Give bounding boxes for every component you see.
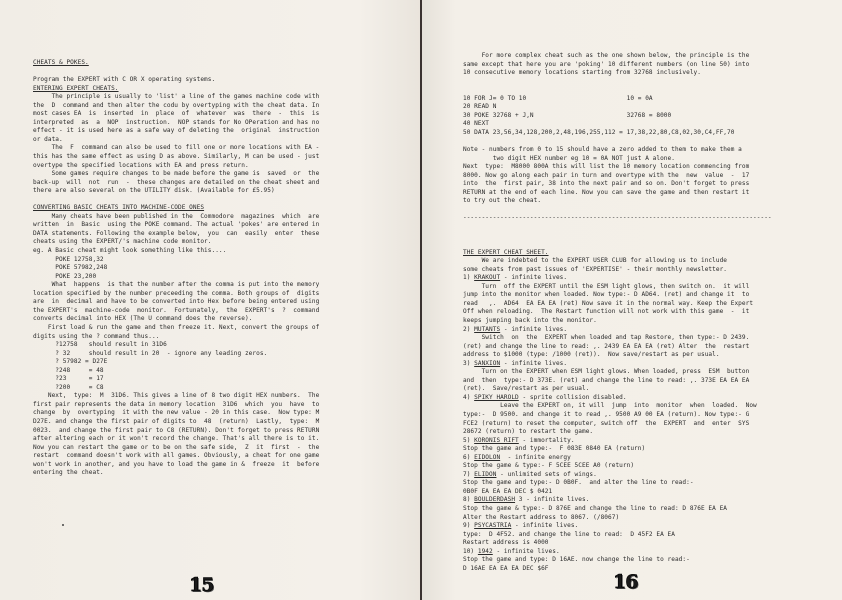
right-page-line [463, 78, 772, 87]
left-page-line: POKE 23,200 [33, 273, 319, 282]
game-title: BOULDERDASH [474, 496, 515, 503]
left-page-line: Now you can restart the game or to be on… [33, 444, 319, 453]
left-page-line: the D command and then alter the codu by… [33, 102, 319, 111]
left-page-line: Many cheats have been published in the C… [33, 213, 319, 222]
right-page-line: Leave the EXPERT on, it will jump into m… [463, 402, 772, 411]
right-page-line: 50 DATA 23,56,34,128,200,2,48,196,255,11… [463, 129, 772, 138]
right-page-line: 3) SANXION - infinite lives. [463, 360, 772, 369]
left-page-line: ?23 = 17 [33, 375, 319, 384]
left-page-line: won't work in another, and you have to l… [33, 461, 319, 470]
right-page-line: some cheats from past issues of 'EXPERTI… [463, 266, 772, 275]
right-page-line: 8) BOULDERDASH 3 - infinite lives. [463, 496, 772, 505]
right-page-line [463, 240, 772, 249]
left-page-line: The principle is usually to 'list' a lin… [33, 93, 319, 102]
right-page-line: 4) SPIKY HAROLD - sprite collision disab… [463, 394, 772, 403]
section-heading: ENTERING EXPERT CHEATS. [33, 85, 119, 92]
right-page-line: type:- D 9500. and change it to read ,. … [463, 411, 772, 420]
left-page-line: ? 57982 = D27E [33, 358, 319, 367]
left-page-line: first pair represents the data in memory… [33, 401, 319, 410]
left-page-line: 0023. and change the first pair to C8 (R… [33, 427, 319, 436]
right-page-line: type: D 4F52. and change the line to rea… [463, 531, 772, 540]
right-page-line: Note - numbers from 0 to 15 should have … [463, 146, 772, 155]
left-page-line: effect - it is used here as a safe way o… [33, 127, 319, 136]
left-page-line: D27E. and change the first pair of digit… [33, 418, 319, 427]
right-page-line: RETURN at the end of each line. Now you … [463, 189, 772, 198]
right-page-line: 9) PSYCASTRIA - infinite lives. [463, 522, 772, 531]
left-page-line: back-up will not run - these changes are… [33, 179, 319, 188]
game-title: EIDOLON [474, 454, 500, 461]
right-page-line: 10 FOR J= 0 TO 10 10 = 0A [463, 95, 772, 104]
left-page-line: ? 32 should result in 20 - ignore any le… [33, 350, 319, 359]
left-page-line: POKE 12758,32 [33, 256, 319, 265]
right-page-line [463, 231, 772, 240]
left-page-line: Some games require changes to be made be… [33, 170, 319, 179]
left-page-line: ?200 = C8 [33, 384, 319, 393]
right-page-line [463, 206, 772, 215]
left-page-line: written in Basic using the POKE command.… [33, 221, 319, 230]
left-page-line: What happens is that the number after th… [33, 281, 319, 290]
left-page-line: change by overtyping it with the new val… [33, 409, 319, 418]
right-page-line: 28672 (return) to restart the game. [463, 428, 772, 437]
left-page-line: DATA statements. Following the example b… [33, 230, 319, 239]
right-page-line: 0B0F EA EA EA DEC $ 0421 [463, 488, 772, 497]
right-page-line [463, 86, 772, 95]
right-page-line: two digit HEX number eg 10 = 0A NOT just… [463, 155, 772, 164]
right-page-line [463, 137, 772, 146]
left-page-line: ?12758 should result in 31D6 [33, 341, 319, 350]
right-page-line: Stop the game and type:- F 083E 0840 EA … [463, 445, 772, 454]
left-page-line: overtype the specified locations with EA… [33, 162, 319, 171]
right-page-line: keeps jumping back into the monitor. [463, 317, 772, 326]
page-number-right: 16 [613, 571, 637, 593]
right-page-line: 10) 1942 - infinite lives. [463, 548, 772, 557]
game-title: SPIKY HAROLD [474, 394, 519, 401]
right-page-line: 7) ELIDON - unlimited sets of wings. [463, 471, 772, 480]
right-page-line: into the first pair, 38 into the next pa… [463, 180, 772, 189]
left-page-line: entering the cheat. [33, 469, 319, 478]
right-page-line: 10 consecutive memory locations starting… [463, 69, 772, 78]
left-page-line: most cases EA is inserted in place of wh… [33, 110, 319, 119]
left-page-line: POKE 57982,248 [33, 264, 319, 273]
right-page-line: to try out the cheat. [463, 197, 772, 206]
left-page-line: are in decimal and have to be converted … [33, 298, 319, 307]
left-page-line [33, 68, 319, 77]
right-page-line: 1) KRAKOUT - infinite lives. [463, 274, 772, 283]
right-page-line: address to $1000 (type: /1000 (ret)). No… [463, 351, 772, 360]
right-page-line: THE EXPERT CHEAT SHEET. [463, 249, 772, 258]
section-heading: CHEATS & POKES. [33, 59, 89, 66]
left-page-line: First load & run the game and then freez… [33, 324, 319, 333]
left-page-line: Program the EXPERT with C OR X operating… [33, 76, 319, 85]
right-page-line: (ret). Save/restart as per usual. [463, 385, 772, 394]
game-title: MUTANTS [474, 326, 500, 333]
left-page-line: The F command can also be used to fill o… [33, 144, 319, 153]
right-page-line: 6) EIDOLON - infinite energy [463, 454, 772, 463]
page-right: For more complex cheat such as the one s… [422, 0, 842, 600]
left-page-line: there are also several on the UTILITY di… [33, 187, 319, 196]
left-page-line: after altering each or it won't record t… [33, 435, 319, 444]
left-page-line: location specified by the number preceed… [33, 290, 319, 299]
right-page-line: Turn off the EXPERT until the ESM light … [463, 283, 772, 292]
right-page-line: Alter the Restart address to 8067. (/806… [463, 514, 772, 523]
stray-mark [62, 524, 64, 526]
left-page-line: ENTERING EXPERT CHEATS. [33, 85, 319, 94]
left-page-line: the EXPERT's machine-code monitor. Fortu… [33, 307, 319, 316]
left-page-line: this has the same effect as using D as a… [33, 153, 319, 162]
left-page-line: ?248 = 48 [33, 367, 319, 376]
right-page-line: (ret) and change the line to read: ,. 24… [463, 343, 772, 352]
left-page-line: CHEATS & POKES. [33, 59, 319, 68]
right-page-line: Restart address is 4000 [463, 539, 772, 548]
right-page-line: Turn on the EXPERT when ESM light glows.… [463, 368, 772, 377]
right-page-line: 5) KORONIS RIFT - immortality. [463, 437, 772, 446]
section-heading: THE EXPERT CHEAT SHEET. [463, 249, 549, 256]
page-left-body: CHEATS & POKES. Program the EXPERT with … [33, 59, 319, 478]
section-heading: CONVERTING BASIC CHEATS INTO MACHINE-COD… [33, 204, 204, 211]
left-page-line: digits using the ? command thus... [33, 333, 319, 342]
magazine-spread: CHEATS & POKES. Program the EXPERT with … [0, 0, 842, 600]
right-page-line: 2) MUTANTS - infinite lives. [463, 326, 772, 335]
left-page-line: converts decimal into HEX (The U command… [33, 315, 319, 324]
right-page-line: 20 READ N [463, 103, 772, 112]
left-page-line [33, 196, 319, 205]
right-page-line: Switch on the EXPERT when loaded and tap… [463, 334, 772, 343]
game-title: 1942 [478, 548, 493, 555]
left-page-line: restart command doesn't work with all ga… [33, 452, 319, 461]
right-page-line: Off when reloading. The Restart function… [463, 308, 772, 317]
right-page-line: Stop the game & type:- F 5CEE 5CEE A0 (r… [463, 462, 772, 471]
right-page-line: Stop the game & type:- D 876E and change… [463, 505, 772, 514]
right-page-line: Stop the game and type: D 16AE. now chan… [463, 556, 772, 565]
right-page-line: FCE2 (return) to reset the computer, swi… [463, 420, 772, 429]
page-right-body: For more complex cheat such as the one s… [463, 52, 772, 573]
right-page-line: We are indebted to the EXPERT USER CLUB … [463, 257, 772, 266]
game-title: KORONIS RIFT [474, 437, 519, 444]
right-page-line: 30 POKE 32768 + J,N 32768 = 8000 [463, 112, 772, 121]
right-page-line: jump into the monitor when loaded. Now t… [463, 291, 772, 300]
right-page-line: Next type: M8000 800A this will list the… [463, 163, 772, 172]
game-title: ELIDON [474, 471, 496, 478]
page-left: CHEATS & POKES. Program the EXPERT with … [0, 0, 421, 600]
left-page-line: eg. A Basic cheat might look something l… [33, 247, 319, 256]
game-title: PSYCASTRIA [474, 522, 511, 529]
right-page-line: ----------------------------------------… [463, 214, 772, 223]
right-page-line: 40 NEXT [463, 120, 772, 129]
right-page-line: same except that here you are 'poking' 1… [463, 61, 772, 70]
left-page-line: interpreted as a NOP instruction. NOP st… [33, 119, 319, 128]
right-page-line [463, 223, 772, 232]
left-page-line: cheats using the EXPERT/'s machine code … [33, 238, 319, 247]
game-title: KRAKOUT [474, 274, 500, 281]
left-page-line: CONVERTING BASIC CHEATS INTO MACHINE-COD… [33, 204, 319, 213]
left-page-line: Next, type: M 31D6. This gives a line of… [33, 392, 319, 401]
game-title: SANXION [474, 360, 500, 367]
right-page-line: and then type:- D 373E. (ret) and change… [463, 377, 772, 386]
right-page-line: For more complex cheat such as the one s… [463, 52, 772, 61]
right-page-line: 8000. Now go along each pair in turn and… [463, 172, 772, 181]
right-page-line: Stop the game and type:- D 0B0F. and alt… [463, 479, 772, 488]
right-page-line: read ,. AD64 EA EA EA (ret) Now save it … [463, 300, 772, 309]
page-number-left: 15 [189, 574, 213, 596]
left-page-line: or data. [33, 136, 319, 145]
